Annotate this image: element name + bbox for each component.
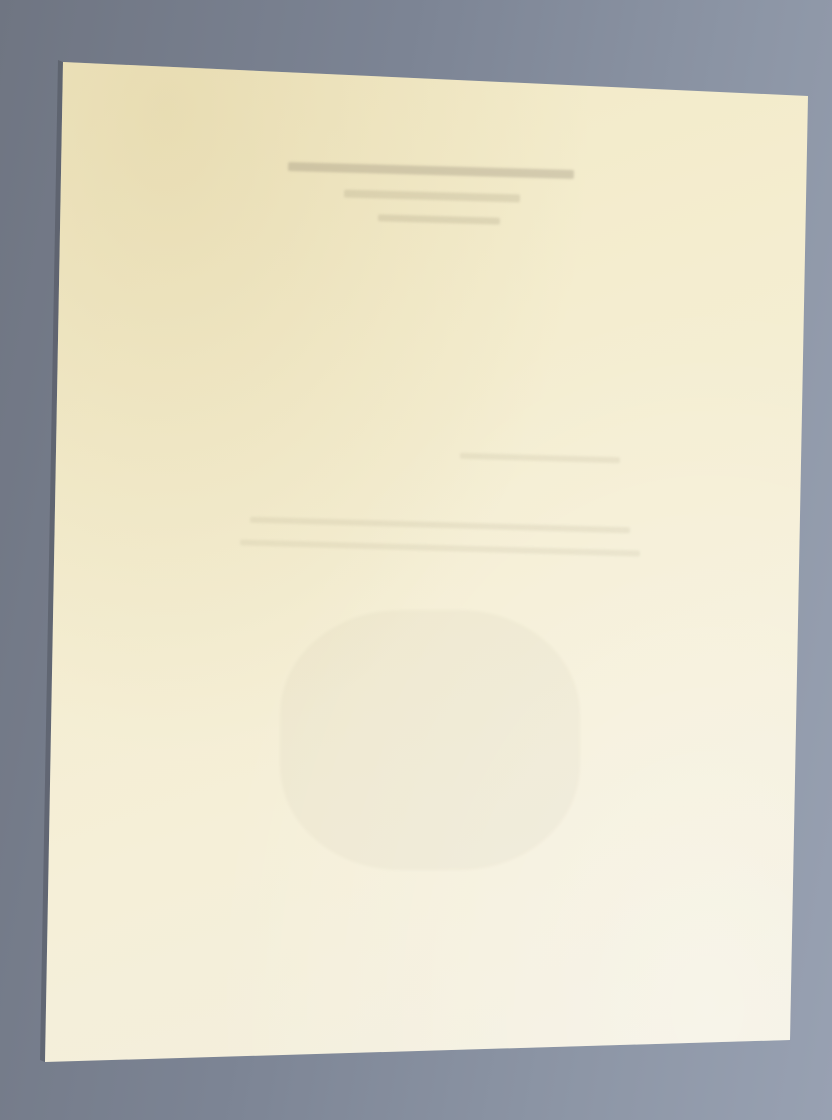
- show-through-signature: [280, 610, 580, 870]
